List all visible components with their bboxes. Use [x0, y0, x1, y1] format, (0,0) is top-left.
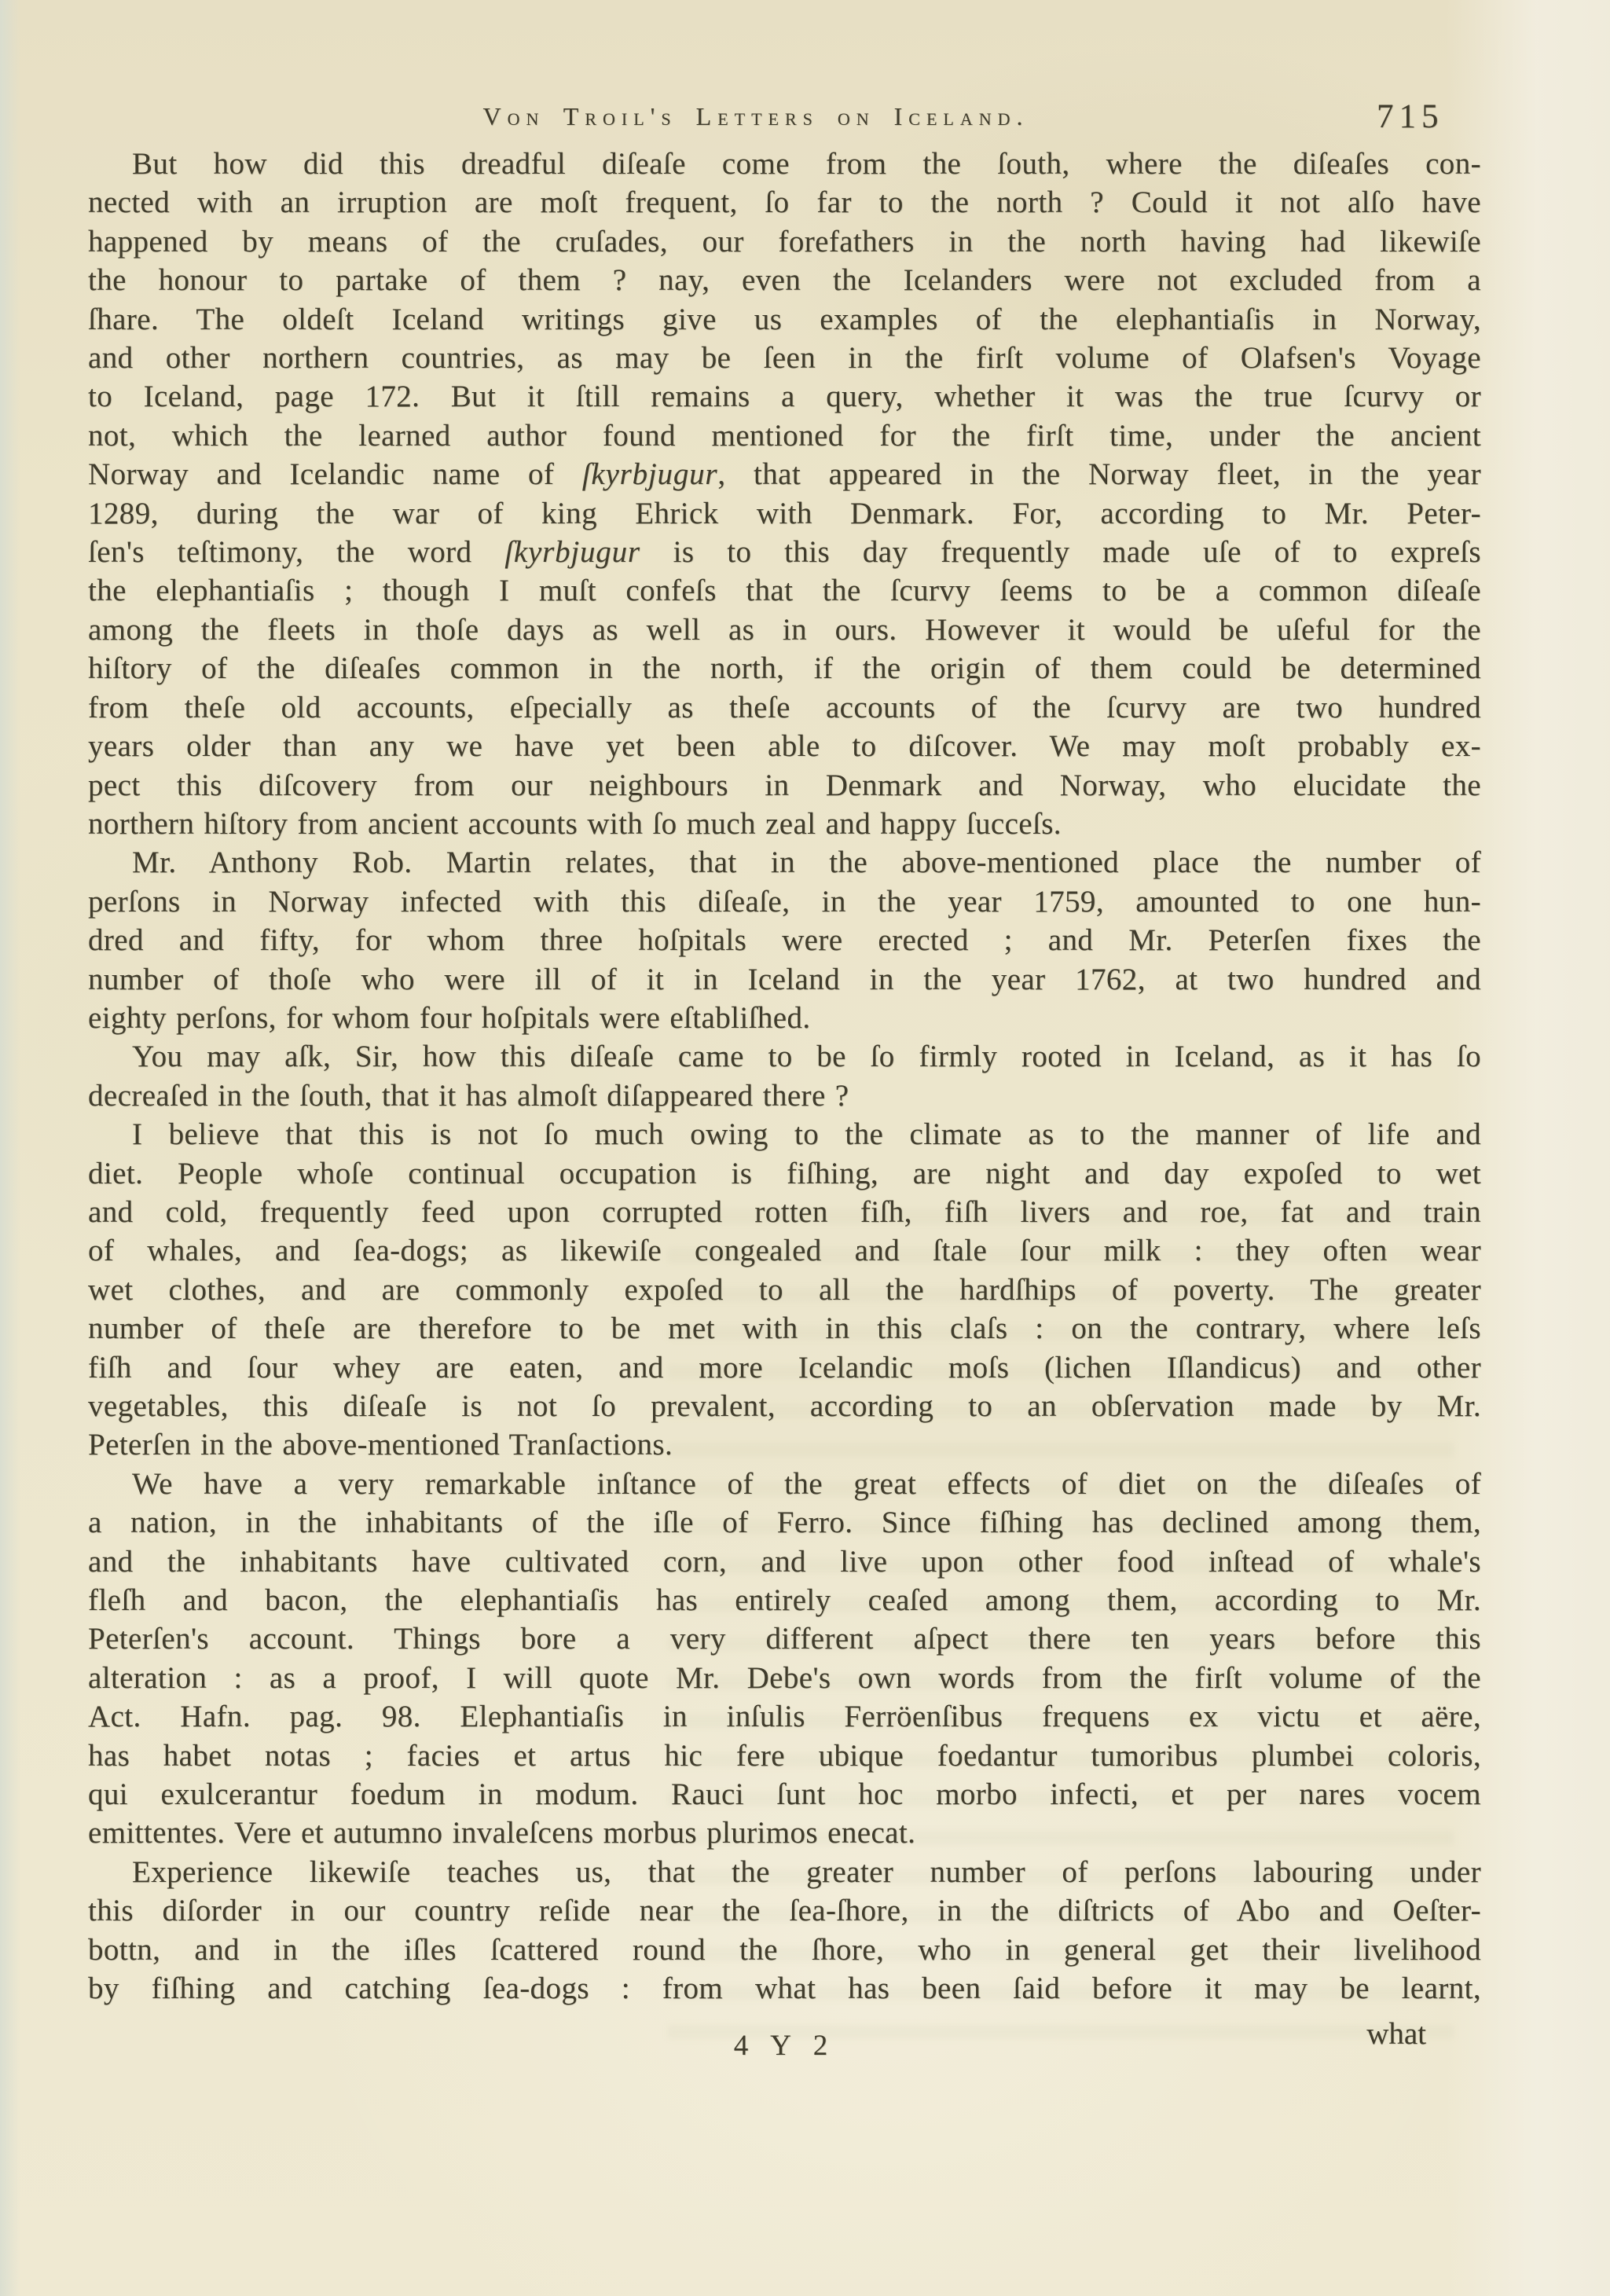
catchword: what — [1366, 2016, 1426, 2052]
text-line: number of thoſe who were ill of it in Ic… — [88, 960, 1481, 999]
text-line: among the fleets in thoſe days as well a… — [88, 611, 1481, 649]
text-line: number of theſe are therefore to be met … — [88, 1309, 1481, 1348]
text-line: diet. People whoſe continual occupation … — [88, 1154, 1481, 1193]
text-line: We have a very remarkable inſtance of th… — [88, 1465, 1481, 1503]
text-line: emittentes. Vere et autumno invaleſcens … — [88, 1814, 1481, 1852]
text-line: northern hiſtory from ancient accounts w… — [88, 805, 1481, 843]
text-line: and other northern countries, as may be … — [88, 339, 1481, 377]
text-line: You may aſk, Sir, how this diſeaſe came … — [88, 1037, 1481, 1076]
text-line: hiſtory of the diſeaſes common in the no… — [88, 649, 1481, 688]
text-line: alteration : as a proof, I will quote Mr… — [88, 1659, 1481, 1697]
text-line: 1289, during the war of king Ehrick with… — [88, 494, 1481, 533]
text-line: pect this diſcovery from our neighbours … — [88, 766, 1481, 805]
text-line: by fiſhing and catching ſea-dogs : from … — [88, 1969, 1481, 2008]
running-header: Von Troil's Letters on Iceland. — [88, 102, 1424, 131]
text-line: Experience likewiſe teaches us, that the… — [88, 1853, 1481, 1891]
text-line: this diſorder in our country reſide near… — [88, 1891, 1481, 1930]
text-line: fiſh and ſour whey are eaten, and more I… — [88, 1348, 1481, 1387]
page-number: 715 — [1377, 97, 1444, 136]
paragraph: You may aſk, Sir, how this diſeaſe came … — [88, 1037, 1481, 1115]
text-line: fleſh and bacon, the elephantiaſis has e… — [88, 1581, 1481, 1619]
text-line: Peterſen in the above-mentioned Tranſact… — [88, 1425, 1481, 1464]
book-page: Von Troil's Letters on Iceland. 715 But … — [0, 0, 1610, 2296]
text-line: of whales, and ſea-dogs; as likewiſe con… — [88, 1231, 1481, 1270]
page-title: Von Troil's Letters on Iceland. — [482, 102, 1029, 130]
text-line: bottn, and in the iſles ſcattered round … — [88, 1931, 1481, 1969]
text-line: ſhare. The oldeſt Iceland writings give … — [88, 300, 1481, 339]
text-line: nected with an irruption are moſt freque… — [88, 183, 1481, 222]
text-line: a nation, in the inhabitants of the iſle… — [88, 1503, 1481, 1542]
paragraph: We have a very remarkable inſtance of th… — [88, 1465, 1481, 1853]
text-line: and cold, frequently feed upon corrupted… — [88, 1193, 1481, 1231]
text-line: But how did this dreadful diſeaſe come f… — [88, 145, 1481, 183]
text-line: ſen's teſtimony, the word ſkyrbjugur is … — [88, 533, 1481, 571]
text-line: wet clothes, and are commonly expoſed to… — [88, 1271, 1481, 1309]
text-line: Norway and Icelandic name of ſkyrbjugur,… — [88, 455, 1481, 493]
paragraph: Mr. Anthony Rob. Martin relates, that in… — [88, 843, 1481, 1037]
paragraph: Experience likewiſe teaches us, that the… — [88, 1853, 1481, 2008]
text-line: to Iceland, page 172. But it ſtill remai… — [88, 377, 1481, 416]
text-line: years older than any we have yet been ab… — [88, 727, 1481, 765]
text-line: the honour to partake of them ? nay, eve… — [88, 261, 1481, 299]
text-line: qui exulcerantur foedum in modum. Rauci … — [88, 1775, 1481, 1814]
text-line: Mr. Anthony Rob. Martin relates, that in… — [88, 843, 1481, 882]
text-line: eighty perſons, for whom four hoſpitals … — [88, 999, 1481, 1037]
paragraph: But how did this dreadful diſeaſe come f… — [88, 145, 1481, 843]
text-line: perſons in Norway infected with this diſ… — [88, 882, 1481, 921]
text-line: I believe that this is not ſo much owing… — [88, 1115, 1481, 1154]
page-footer: what 4 Y 2 — [88, 2012, 1481, 2067]
text-line: the elephantiaſis ; though I muſt confeſ… — [88, 571, 1481, 610]
text-line: dred and fifty, for whom three hoſpitals… — [88, 921, 1481, 959]
paragraph: I believe that this is not ſo much owing… — [88, 1115, 1481, 1465]
text-line: decreaſed in the ſouth, that it has almo… — [88, 1076, 1481, 1115]
text-block: But how did this dreadful diſeaſe come f… — [88, 145, 1481, 2008]
text-line: Peterſen's account. Things bore a very d… — [88, 1619, 1481, 1658]
text-line: has habet notas ; facies et artus hic fe… — [88, 1737, 1481, 1775]
text-line: vegetables, this diſeaſe is not ſo preva… — [88, 1387, 1481, 1425]
text-line: from theſe old accounts, eſpecially as t… — [88, 688, 1481, 727]
text-line: not, which the learned author found ment… — [88, 416, 1481, 455]
signature-mark: 4 Y 2 — [734, 2029, 835, 2063]
text-line: and the inhabitants have cultivated corn… — [88, 1542, 1481, 1581]
text-line: happened by means of the cruſades, our f… — [88, 222, 1481, 261]
text-line: Act. Hafn. pag. 98. Elephantiaſis in inſ… — [88, 1697, 1481, 1736]
